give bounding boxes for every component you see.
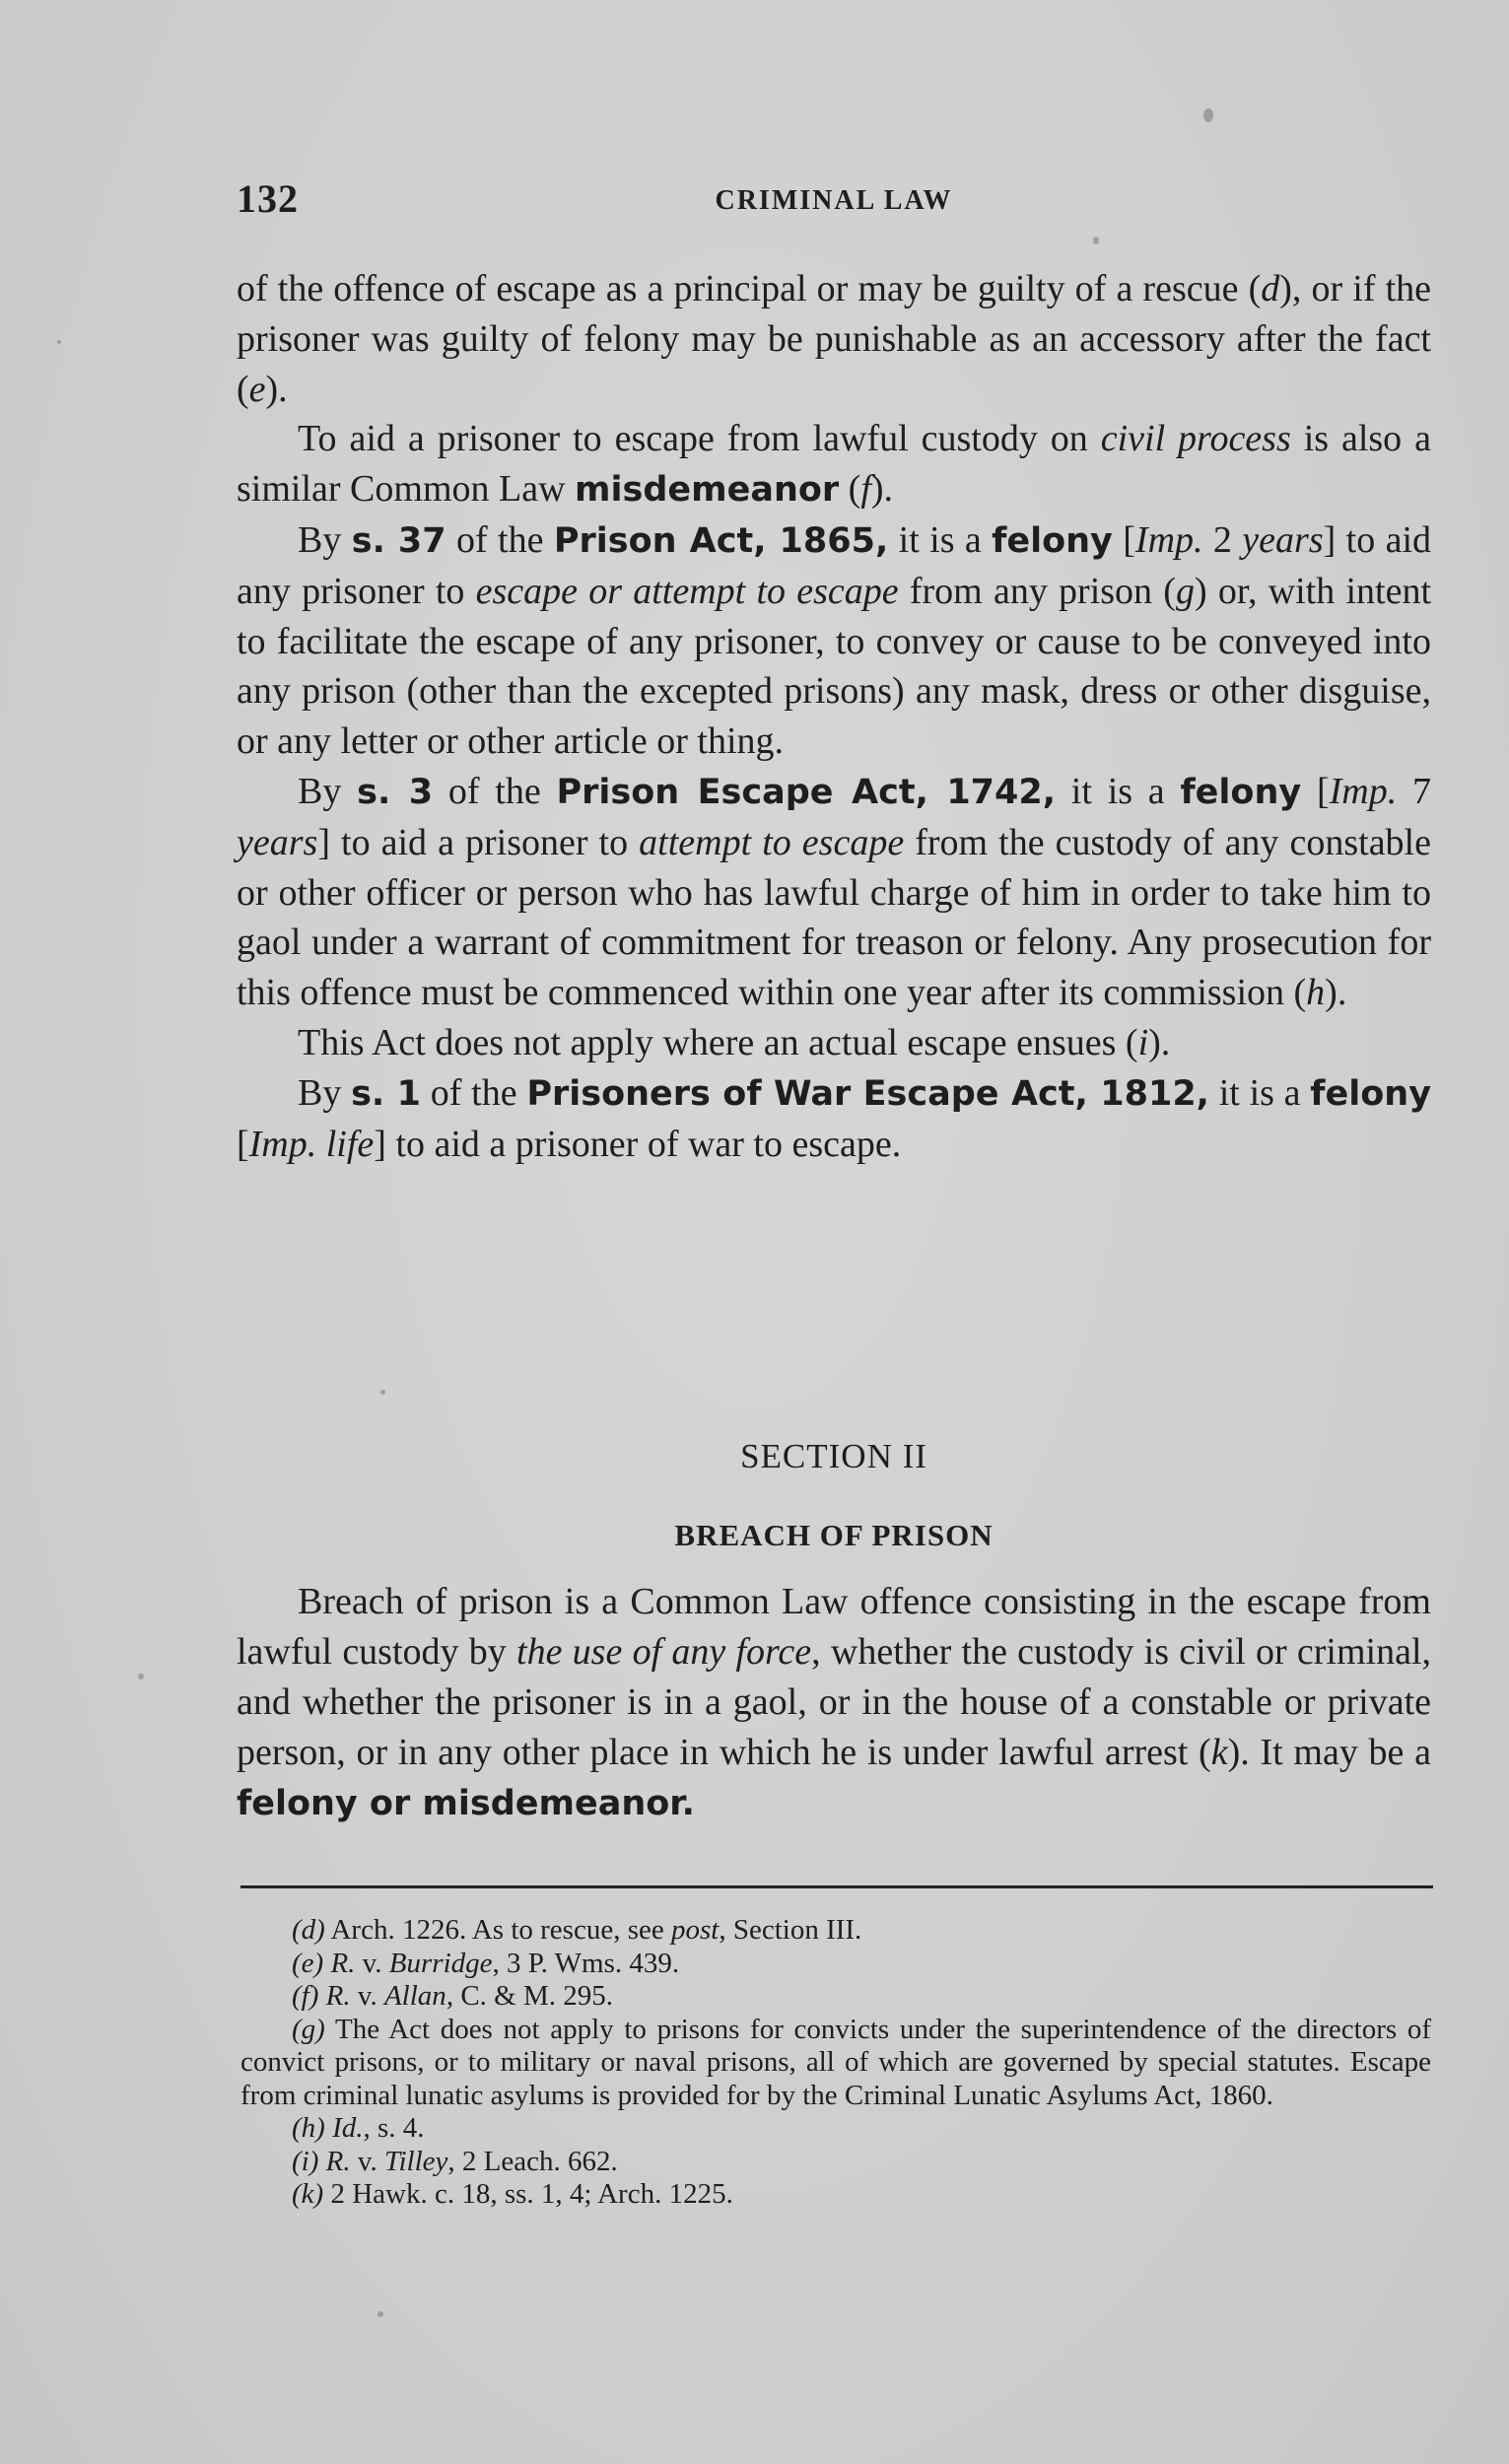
text: To aid a prisoner to escape from lawful … [298, 418, 1101, 459]
italic-text: Imp. [1330, 771, 1398, 812]
footnote-mark: (d) [292, 1914, 325, 1946]
footnote-mark: (f) [292, 1980, 318, 2012]
text: v. [355, 1948, 388, 1979]
text: 2 Hawk. c. 18, ss. 1, 4; Arch. 1225. [323, 2178, 733, 2210]
text: ). [266, 369, 288, 410]
paragraph: Breach of prison is a Common Law offence… [237, 1577, 1431, 1829]
italic-text: R. [318, 1980, 350, 2012]
text: it is a [1056, 771, 1180, 812]
text: v. [351, 1980, 384, 2012]
text: v. [351, 2146, 384, 2177]
text: [ [1113, 519, 1135, 561]
footnote-mark: (g) [292, 2014, 325, 2045]
section-title: BREACH OF PRISON [237, 1518, 1431, 1553]
footnote-ref: e [249, 369, 266, 410]
paper-speck [57, 340, 61, 344]
bold-text: felony or misdemeanor. [237, 1784, 695, 1823]
paragraph: This Act does not apply where an actual … [237, 1018, 1431, 1068]
italic-text: the use of any force [516, 1631, 811, 1673]
statute-name: Prison Act, 1865, [554, 521, 888, 561]
footnote-ref: g [1176, 571, 1195, 612]
section-number: SECTION II [237, 1437, 1431, 1476]
paper-speck [1093, 237, 1099, 244]
case-name: Burridge [389, 1948, 493, 1979]
section-body: Breach of prison is a Common Law offence… [237, 1577, 1431, 1829]
paragraph: To aid a prisoner to escape from lawful … [237, 414, 1431, 515]
bold-text: felony [1180, 773, 1301, 812]
text: ] to aid a prisoner to [317, 822, 639, 863]
text: of the offence of escape as a principal … [237, 268, 1261, 309]
footnote-mark: (k) [292, 2178, 323, 2210]
paper-speck [380, 1390, 385, 1395]
scanned-page: 132 CRIMINAL LAW of the offence of escap… [0, 0, 1509, 2464]
text: of the [446, 519, 554, 561]
paragraph: By s. 1 of the Prisoners of War Escape A… [237, 1068, 1431, 1170]
statute-name: Prisoners of War Escape Act, 1812, [526, 1074, 1209, 1114]
text: This Act does not apply where an actual … [298, 1022, 1138, 1063]
bold-text: felony [1310, 1074, 1431, 1114]
italic-text: R. [323, 1948, 355, 1979]
footnote-divider [240, 1885, 1433, 1888]
running-title: CRIMINAL LAW [237, 185, 1431, 217]
footnote-d: (d) Arch. 1226. As to rescue, see post, … [240, 1914, 1431, 1948]
footnote-ref: i [1138, 1022, 1149, 1063]
text: it is a [888, 519, 992, 561]
text: By [298, 1072, 351, 1114]
text: , s. 4. [364, 2112, 425, 2144]
footnote-f: (f) R. v. Allan, C. & M. 295. [240, 1980, 1431, 2014]
footnote-ref: h [1306, 972, 1325, 1013]
statute-name: Prison Escape Act, 1742, [556, 773, 1056, 812]
italic-text: post [671, 1914, 719, 1946]
italic-text: R. [318, 2146, 350, 2177]
text: , Section III. [719, 1914, 861, 1946]
bold-text: s. 3 [357, 773, 433, 812]
footnote-mark: (i) [292, 2146, 318, 2177]
text: ). It may be a [1228, 1732, 1431, 1773]
footnote-ref: d [1261, 268, 1279, 309]
italic-text: Imp. life [249, 1124, 375, 1165]
footnote-h: (h) Id., s. 4. [240, 2112, 1431, 2146]
paper-speck [1203, 108, 1213, 122]
footnotes: (d) Arch. 1226. As to rescue, see post, … [240, 1914, 1431, 2212]
case-name: Allan [384, 1980, 446, 2012]
case-name: Tilley [384, 2146, 447, 2177]
text: ). [871, 468, 893, 510]
italic-text: years [1242, 519, 1323, 561]
text: By [298, 771, 357, 812]
text: of the [421, 1072, 526, 1114]
italic-text: Imp. [1135, 519, 1203, 561]
footnote-g: (g) The Act does not apply to prisons fo… [240, 2014, 1431, 2113]
bold-text: s. 37 [352, 521, 446, 561]
text: ( [839, 468, 860, 510]
text: ). [1325, 972, 1346, 1013]
text: [ [237, 1124, 249, 1165]
italic-text: years [237, 822, 317, 863]
text: from any prison ( [899, 571, 1176, 612]
paper-speck [138, 1674, 144, 1679]
footnote-ref: f [860, 468, 871, 510]
text: The Act does not apply to prisons for co… [240, 2014, 1431, 2111]
paper-speck [377, 2311, 383, 2317]
italic-text: attempt to escape [639, 822, 904, 863]
text: 2 [1203, 519, 1243, 561]
footnote-mark: (h) [292, 2112, 325, 2144]
italic-text: Id. [325, 2112, 364, 2144]
footnote-ref: k [1211, 1732, 1228, 1773]
bold-text: s. 1 [351, 1074, 421, 1114]
paragraph: of the offence of escape as a principal … [237, 264, 1431, 414]
text: ). [1148, 1022, 1170, 1063]
body-text: of the offence of escape as a principal … [237, 264, 1431, 1169]
text: [ [1301, 771, 1329, 812]
italic-text: civil process [1101, 418, 1291, 459]
italic-text: escape or attempt to escape [476, 571, 899, 612]
text: of the [433, 771, 556, 812]
text: , 2 Leach. 662. [447, 2146, 617, 2177]
running-header: 132 CRIMINAL LAW [237, 175, 1431, 225]
bold-text: misdemeanor [575, 470, 839, 510]
text: Arch. 1226. As to rescue, see [325, 1914, 671, 1946]
footnote-mark: (e) [292, 1948, 323, 1979]
bold-text: felony [992, 521, 1113, 561]
text: By [298, 519, 352, 561]
text: , 3 P. Wms. 439. [493, 1948, 680, 1979]
text: it is a [1209, 1072, 1310, 1114]
footnote-k: (k) 2 Hawk. c. 18, ss. 1, 4; Arch. 1225. [240, 2178, 1431, 2212]
footnote-e: (e) R. v. Burridge, 3 P. Wms. 439. [240, 1948, 1431, 1981]
text: ] to aid a prisoner of war to escape. [374, 1124, 901, 1165]
text: , C. & M. 295. [446, 1980, 613, 2012]
paragraph: By s. 3 of the Prison Escape Act, 1742, … [237, 767, 1431, 1018]
paragraph: By s. 37 of the Prison Act, 1865, it is … [237, 515, 1431, 767]
text: 7 [1397, 771, 1431, 812]
footnote-i: (i) R. v. Tilley, 2 Leach. 662. [240, 2146, 1431, 2179]
